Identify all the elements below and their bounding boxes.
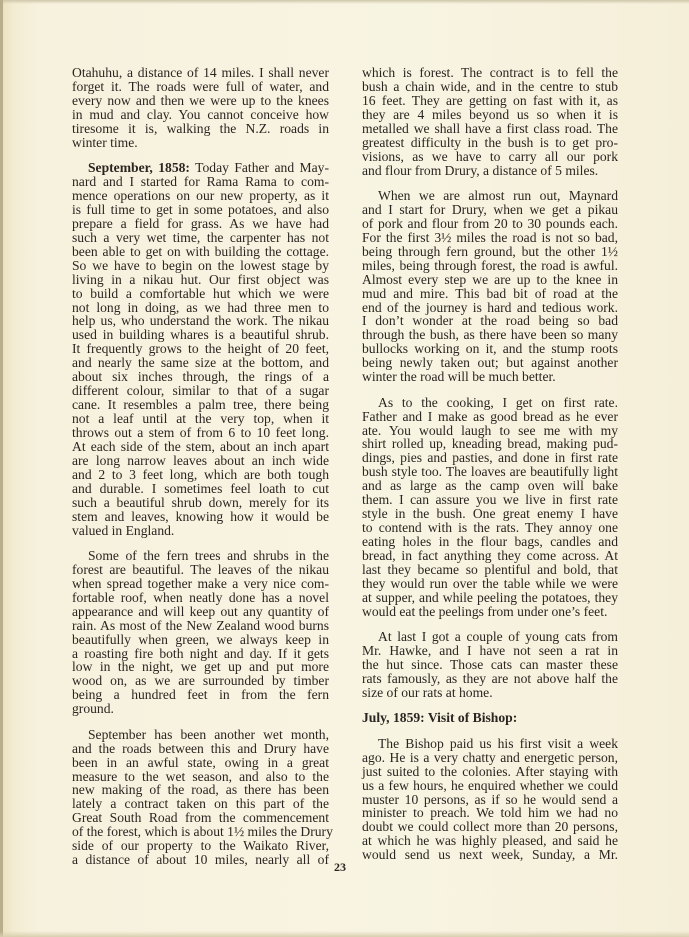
text-line: bullocks working on it, and the stump ro… [362, 342, 618, 356]
text-line: Some of the fern trees and shrubs in the [72, 549, 329, 563]
text-line: forest are beautiful. The leaves of the … [72, 563, 329, 577]
text-line: I don’t wonder at the road being so bad [362, 314, 618, 328]
text-line: Father and I make as good bread as he ev… [362, 410, 618, 424]
page-binding-edge [0, 0, 3, 937]
text-line: being a hundred feet in from the fern [72, 688, 329, 702]
text-line: bread, in fact anything they come across… [362, 549, 618, 563]
text-line: lately a contract taken on this part of … [72, 797, 329, 811]
text-line: eating holes in the flour bags, candles … [362, 535, 618, 549]
text-line: style in the bush. One great enemy I hav… [362, 507, 618, 521]
text-line: a distance of about 10 miles, nearly all… [72, 853, 329, 867]
paragraph: The Bishop paid us his first visit a wee… [362, 737, 618, 862]
text-line: and the roads between this and Drury hav… [72, 742, 329, 756]
text-line: minister to preach. We told him we had n… [362, 806, 618, 820]
text-line: prepare a field for grass. As we have ha… [72, 217, 329, 231]
text-line: us a few hours, he enquired whether we c… [362, 779, 618, 793]
text-line: new making of the road, as there has bee… [72, 783, 329, 797]
text-line: muster 10 persons, as if so he would sen… [362, 793, 618, 807]
text-line: every now and then we were up to the kne… [72, 94, 329, 108]
section-heading: July, 1859: Visit of Bishop: [362, 711, 618, 725]
text-line: winter time. [72, 136, 329, 150]
text-line: of the forest, which is about 1½ miles t… [72, 825, 329, 839]
text-line: size of our rats at home. [362, 686, 618, 700]
text-line: are long narrow leaves about an inch wid… [72, 454, 329, 468]
text-line: not a leaf until at the very top, when i… [72, 412, 329, 426]
text-line: been in an awful state, owing in a great [72, 756, 329, 770]
text-line: doubt we could collect more than 20 pers… [362, 820, 618, 834]
text-line: valued in England. [72, 524, 329, 538]
text-line: they are 4 miles beyond us so when it is [362, 108, 618, 122]
text-line: The Bishop paid us his first visit a wee… [362, 737, 618, 751]
text-line: As to the cooking, I get on first rate. [362, 396, 618, 410]
scanned-book-page: Otahuhu, a distance of 14 miles. I shall… [0, 0, 689, 937]
text-line: just suited to the colonies. After stayi… [362, 765, 618, 779]
text-line: not long in doing, as we had three men t… [72, 301, 329, 315]
text-line: and 2 to 3 feet long, which are both tou… [72, 468, 329, 482]
text-line: and durable. I sometimes feel loath to c… [72, 482, 329, 496]
text-line: tiresome it is, walking the N.Z. roads i… [72, 122, 329, 136]
text-line: in mud and clay. You cannot conceive how [72, 108, 329, 122]
paragraph: When we are almost run out, Maynardand I… [362, 189, 618, 384]
text-line: end of the journey is hard and tedious w… [362, 301, 618, 315]
text-line: which is forest. The contract is to fell… [362, 66, 618, 80]
text-line: to build a comfortable hut which we were [72, 287, 329, 301]
paragraph: As to the cooking, I get on first rate.F… [362, 396, 618, 619]
text-line: metalled we shall have a first class roa… [362, 122, 618, 136]
text-line: is full time to get in some potatoes, an… [72, 203, 329, 217]
text-line: being newly taken out; but against anoth… [362, 356, 618, 370]
text-line: measure to the wet season, and also to t… [72, 770, 329, 784]
paragraph: Some of the fern trees and shrubs in the… [72, 549, 329, 716]
text-line: at which he was highly pleased, and said… [362, 834, 618, 848]
right-text-column: which is forest. The contract is to fell… [362, 66, 618, 874]
text-line: stem and leaves, knowing how it would be [72, 510, 329, 524]
text-line: Almost every step we are up to the knee … [362, 273, 618, 287]
text-line: and flour from Drury, a distance of 5 mi… [362, 164, 618, 178]
text-line: when spread together make a very nice co… [72, 577, 329, 591]
text-line: forget it. The roads were full of water,… [72, 80, 329, 94]
text-line: fortable roof, when neatly done has a no… [72, 591, 329, 605]
left-text-column: Otahuhu, a distance of 14 miles. I shall… [72, 66, 329, 879]
text-line: a roasting fire both night and day. If i… [72, 647, 329, 661]
text-line: they would run over the table while we w… [362, 577, 618, 591]
text-line: different colour, similar to that of a s… [72, 384, 329, 398]
text-line: mence operations on our new property, as… [72, 189, 329, 203]
text-line: ground. [72, 702, 329, 716]
text-line: at supper, and while peeling the potatoe… [362, 591, 618, 605]
text-line: When we are almost run out, Maynard [362, 189, 618, 203]
text-line: the hut since. Those cats can master the… [362, 658, 618, 672]
text-line: and nearly the same size at the bottom, … [72, 356, 329, 370]
text-line: would send us next week, Sunday, a Mr. [362, 848, 618, 862]
text-line: through the bush, as there have been so … [362, 328, 618, 342]
text-line: of pork and flour from 20 to 30 pounds e… [362, 217, 618, 231]
text-line: nard and I started for Rama Rama to com- [72, 175, 329, 189]
text-line: shirt rolled up, kneading bread, making … [362, 437, 618, 451]
text-line: It frequently grows to the height of 20 … [72, 342, 329, 356]
text-line: At each side of the stem, about an inch … [72, 440, 329, 454]
text-line: Great South Road from the commencement [72, 811, 329, 825]
text-line: September, 1858: Today Father and May- [72, 161, 329, 175]
date-lead: September, 1858: [88, 160, 190, 175]
text-line: low in the night, we get up and put more [72, 660, 329, 674]
text-line: throws out a stem of from 6 to 10 feet l… [72, 426, 329, 440]
text-line: been able to get on with building the co… [72, 245, 329, 259]
text-line: wood on, as we are surrounded by timber [72, 674, 329, 688]
text-line: appearance and will keep out any quantit… [72, 605, 329, 619]
text-line: At last I got a couple of young cats fro… [362, 630, 618, 644]
text-line: ate. You would laugh to see me with my [362, 424, 618, 438]
text-line: visions, as we have to carry all our por… [362, 150, 618, 164]
text-line: used in building whares is a beautiful s… [72, 328, 329, 342]
paragraph: September, 1858: Today Father and May-na… [72, 161, 329, 537]
text-line: greatest difficulty in the bush is to ge… [362, 136, 618, 150]
text-line: So we have to begin on the lowest stage … [72, 259, 329, 273]
text-line: would eat the peelings from under one’s … [362, 605, 618, 619]
text-line: such a very wet time, the carpenter has … [72, 231, 329, 245]
text-line: to contend with is the rats. They annoy … [362, 521, 618, 535]
text-line: rats famously, as they are not above hal… [362, 672, 618, 686]
text-line: September has been another wet month, [72, 728, 329, 742]
text-line: Mr. Hawke, and I have not seen a rat in [362, 644, 618, 658]
text-line: help us, who understand the work. The ni… [72, 314, 329, 328]
text-line: mud and mire. This bad bit of road at th… [362, 287, 618, 301]
text-line: being through fern ground, but the other… [362, 245, 618, 259]
text-line: 16 feet. They are getting on fast with i… [362, 94, 618, 108]
text-line: about six inches through, the rings of a [72, 370, 329, 384]
paragraph: September has been another wet month,and… [72, 728, 329, 867]
text-line: side of our property to the Waikato Rive… [72, 839, 329, 853]
text-line: such a beautiful shrub down, merely for … [72, 496, 329, 510]
paragraph: Otahuhu, a distance of 14 miles. I shall… [72, 66, 329, 150]
text-line: winter the road will be much better. [362, 370, 618, 384]
text-line: bush a chain wide, and in the centre to … [362, 80, 618, 94]
text-line: and as large as the camp oven will bake [362, 479, 618, 493]
text-line: cane. It resembles a palm tree, there be… [72, 398, 329, 412]
text-line: Otahuhu, a distance of 14 miles. I shall… [72, 66, 329, 80]
text-line: rain. As most of the New Zealand wood bu… [72, 619, 329, 633]
text-line: dings, pies and pasties, and done in fir… [362, 451, 618, 465]
text-line: ago. He is a very chatty and energetic p… [362, 751, 618, 765]
page-number: 23 [334, 860, 346, 875]
text-line: last they became so plentiful and bold, … [362, 563, 618, 577]
text-line: For the first 3½ miles the road is not s… [362, 231, 618, 245]
text-line: bush style too. The loaves are beautiful… [362, 465, 618, 479]
paragraph: which is forest. The contract is to fell… [362, 66, 618, 178]
text-line: them. I can assure you we live in first … [362, 493, 618, 507]
text-line: and I start for Drury, when we get a pik… [362, 203, 618, 217]
text-line: beautifully when green, we always keep i… [72, 633, 329, 647]
text-line: living in a nikau hut. Our first object … [72, 273, 329, 287]
text-line: miles, being through forest, the road is… [362, 259, 618, 273]
paragraph: At last I got a couple of young cats fro… [362, 630, 618, 700]
